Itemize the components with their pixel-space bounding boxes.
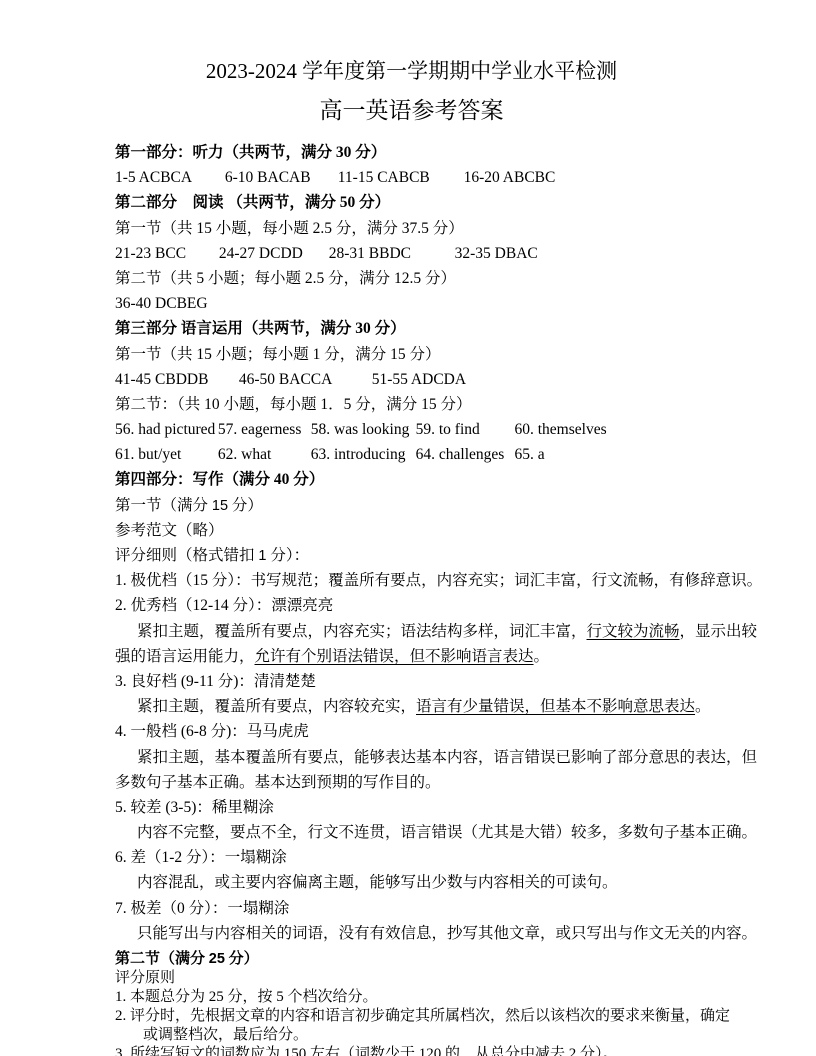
- answer-item: 61. but/yet: [115, 442, 214, 467]
- underlined-phrase: 行文较为流畅: [587, 623, 680, 640]
- score-number: 25: [209, 951, 225, 967]
- band5-title: 5. 较差 (3-5)：稀里糊涂: [115, 795, 708, 820]
- answer-item: 28-31 BBDC: [329, 241, 451, 266]
- answer-item: 46-50 BACCA: [239, 367, 368, 392]
- answer-item: 11-15 CABCB: [338, 165, 460, 190]
- answer-item: 63. introducing: [311, 442, 412, 467]
- answer-item: 60. themselves: [515, 417, 607, 442]
- label-text: 分）: [228, 497, 263, 514]
- band6-desc-line1: 内容混乱，或主要内容偏离主题，能够写出少数与内容相关的可读句。: [115, 870, 708, 895]
- underlined-phrase: 允许有个别语法错误，但不影响语言表达: [255, 648, 534, 665]
- part4-heading: 第四部分：写作（满分 40 分）: [115, 467, 708, 492]
- part2-section1-label: 第一节（共 15 小题，每小题 2.5 分，满分 37.5 分）: [115, 216, 708, 241]
- band3-title: 3. 良好档 (9-11 分)：清清楚楚: [115, 669, 708, 694]
- desc-text: 紧扣主题，覆盖所有要点，内容较充实，: [137, 698, 416, 715]
- part2-section1-answer-row: 21-23 BCC 24-27 DCDD 28-31 BBDC 32-35 DB…: [115, 241, 708, 266]
- label-text: 分）: [225, 951, 259, 967]
- part3-section1-answer-row: 41-45 CBDDB 46-50 BACCA 51-55 ADCDA: [115, 367, 708, 392]
- part4-section1-label: 第一节（满分 15 分）: [115, 493, 708, 518]
- part3-section2-answer-row-2: 61. but/yet 62. what 63. introducing 64.…: [115, 442, 708, 467]
- scoring-principles-title: 评分原则: [115, 969, 708, 988]
- label-text: 分）：: [266, 547, 309, 564]
- part1-answer-row: 1-5 ACBCA 6-10 BACAB 11-15 CABCB 16-20 A…: [115, 165, 708, 190]
- desc-text: 。: [534, 648, 550, 665]
- band2-title: 2. 优秀档（12-14 分）：漂漂亮亮: [115, 593, 708, 618]
- desc-text: ，显示出较: [680, 623, 758, 640]
- principle-1: 1. 本题总分为 25 分，按 5 个档次给分。: [115, 988, 708, 1007]
- part2-section2-answer-row: 36-40 DCBEG: [115, 291, 708, 316]
- band4-desc-line1: 紧扣主题，基本覆盖所有要点，能够表达基本内容，语言错误已影响了部分意思的表达，但: [115, 745, 708, 770]
- answer-item: 59. to find: [416, 417, 511, 442]
- band4-desc-line2: 多数句子基本正确。基本达到预期的写作目的。: [115, 770, 708, 795]
- part3-section2-label: 第二节：（共 10 小题，每小题 1．5 分，满分 15 分）: [115, 392, 708, 417]
- desc-text: 。: [695, 698, 711, 715]
- underlined-phrase: 语言有少量错误，但基本不影响意思表达: [416, 698, 695, 715]
- document-title: 2023-2024 学年度第一学期期中学业水平检测: [115, 57, 708, 86]
- answer-item: 41-45 CBDDB: [115, 367, 235, 392]
- band2-desc-line1: 紧扣主题，覆盖所有要点，内容充实；语法结构多样，词汇丰富，行文较为流畅，显示出较: [115, 619, 708, 644]
- answer-item: 64. challenges: [416, 442, 511, 467]
- band5-desc-line1: 内容不完整，要点不全，行文不连贯，语言错误（尤其是大错）较多，多数句子基本正确。: [115, 820, 708, 845]
- band2-desc-line2: 强的语言运用能力，允许有个别语法错误，但不影响语言表达。: [115, 644, 708, 669]
- answer-item: 51-55 ADCDA: [372, 367, 466, 392]
- document-page: 2023-2024 学年度第一学期期中学业水平检测 高一英语参考答案 第一部分：…: [0, 0, 816, 1056]
- principle-2-line1: 2. 评分时，先根据文章的内容和语言初步确定其所属档次，然后以该档次的要求来衡量…: [115, 1007, 708, 1026]
- label-text: 第二节（满分: [115, 951, 209, 967]
- band4-title: 4. 一般档 (6-8 分)：马马虎虎: [115, 719, 708, 744]
- answer-item: 65. a: [515, 442, 545, 467]
- band7-desc-line1: 只能写出与内容相关的词语，没有有效信息，抄写其他文章，或只写出与作文无关的内容。: [115, 921, 708, 946]
- answer-item: 56. had pictured: [115, 417, 214, 442]
- band3-desc-line1: 紧扣主题，覆盖所有要点，内容较充实，语言有少量错误，但基本不影响意思表达。: [115, 694, 708, 719]
- answer-item: 57. eagerness: [218, 417, 307, 442]
- part2-section2-label: 第二节（共 5 小题；每小题 2.5 分，满分 12.5 分）: [115, 266, 708, 291]
- principle-3: 3. 所续写短文的词数应为 150 左右（词数少于 120 的，从总分中减去 2…: [115, 1045, 708, 1056]
- rubric-label: 评分细则（格式错扣 1 分）：: [115, 543, 708, 568]
- answer-item: 16-20 ABCBC: [464, 165, 556, 190]
- part4-section2: 第二节（满分 25 分） 评分原则 1. 本题总分为 25 分，按 5 个档次给…: [115, 950, 708, 1056]
- answer-item: 58. was looking: [311, 417, 412, 442]
- section2-heading: 第二节（满分 25 分）: [115, 950, 708, 969]
- answer-item: 1-5 ACBCA: [115, 165, 221, 190]
- answer-item: 32-35 DBAC: [455, 241, 538, 266]
- band7-title: 7. 极差（0 分）：一塌糊涂: [115, 896, 708, 921]
- answer-item: 24-27 DCDD: [219, 241, 325, 266]
- model-essay-note: 参考范文（略）: [115, 518, 708, 543]
- part3-section2-answer-row-1: 56. had pictured 57. eagerness 58. was l…: [115, 417, 708, 442]
- score-number: 15: [212, 498, 228, 514]
- document-subtitle: 高一英语参考答案: [115, 95, 708, 126]
- part2-heading: 第二部分 阅读 （共两节，满分 50 分）: [115, 190, 708, 215]
- principle-2-line2: 或调整档次，最后给分。: [115, 1026, 708, 1045]
- answer-item: 21-23 BCC: [115, 241, 215, 266]
- band1-title: 1. 极优档（15 分）：书写规范；覆盖所有要点，内容充实；词汇丰富，行文流畅，…: [115, 568, 708, 593]
- desc-text: 强的语言运用能力，: [115, 648, 255, 665]
- band6-title: 6. 差（1-2 分）：一塌糊涂: [115, 845, 708, 870]
- desc-text: 紧扣主题，覆盖所有要点，内容充实；语法结构多样，词汇丰富，: [137, 623, 587, 640]
- label-text: 第一节（满分: [115, 497, 212, 514]
- answer-item: 36-40 DCBEG: [115, 291, 208, 316]
- part3-section1-label: 第一节（共 15 小题；每小题 1 分，满分 15 分）: [115, 342, 708, 367]
- part3-heading: 第三部分 语言运用（共两节，满分 30 分）: [115, 316, 708, 341]
- answer-item: 62. what: [218, 442, 307, 467]
- label-text: 评分细则（格式错扣: [115, 547, 258, 564]
- answer-item: 6-10 BACAB: [225, 165, 334, 190]
- part1-heading: 第一部分：听力（共两节，满分 30 分）: [115, 140, 708, 165]
- document-body: 第一部分：听力（共两节，满分 30 分） 1-5 ACBCA 6-10 BACA…: [115, 140, 708, 1056]
